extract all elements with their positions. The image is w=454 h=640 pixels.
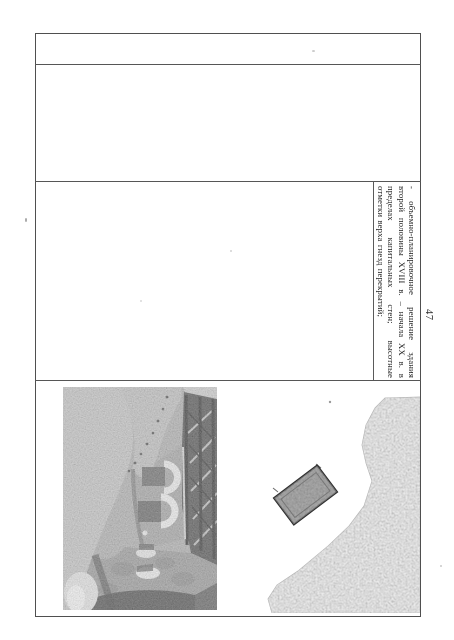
description-text-block: - объемно-планировочное решение здания в… (375, 186, 417, 378)
page-number: 47 (423, 309, 434, 321)
plan-speck (329, 401, 331, 403)
description-line-3: пределах капитальных стен; высотные (386, 186, 396, 378)
table-row-divider-2 (35, 181, 421, 182)
photo-grain-overlay (63, 387, 217, 610)
scan-speck (25, 218, 27, 222)
scan-speck (140, 300, 142, 302)
table-row-divider-1 (35, 64, 421, 65)
description-line-4: отметки верха гнезд перекрытий; (375, 186, 385, 378)
scan-speck (312, 50, 315, 52)
description-line-2: второй половины XVIII в. – начала XX в. … (396, 186, 406, 378)
building-photo (63, 387, 217, 610)
scan-speck (230, 250, 232, 252)
scan-speck (440, 565, 442, 567)
table-cell-divider (373, 181, 374, 380)
scanned-document-page: - объемно-планировочное решение здания в… (0, 0, 454, 640)
table-row-divider-3 (35, 380, 421, 381)
site-plan (258, 387, 420, 613)
description-line-1: - объемно-планировочное решение здания (407, 186, 417, 378)
